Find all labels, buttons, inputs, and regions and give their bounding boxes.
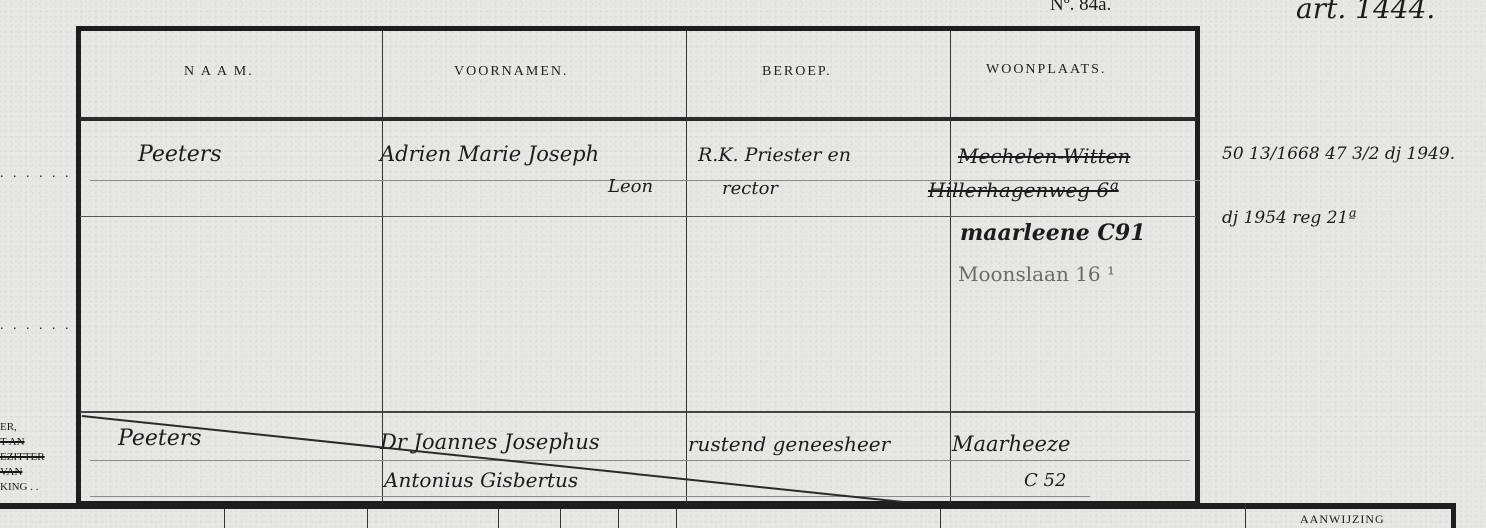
form-number: Nº. 84a. — [1050, 0, 1111, 16]
left-label-line: VAN — [0, 465, 45, 480]
margin-note-1: 50 13/1668 47 3/2 dj 1949. — [1222, 144, 1455, 164]
bottom-table-border — [0, 503, 1456, 509]
left-label-line: ER, — [0, 420, 45, 435]
header-voornamen: VOORNAMEN. — [454, 64, 569, 80]
left-label-line: T AN — [0, 435, 45, 450]
bottom-column-divider — [560, 509, 561, 528]
row-divider — [80, 216, 1196, 217]
bottom-column-divider — [224, 509, 225, 528]
left-margin-label: ER, T AN EZITTER VAN KING . . — [0, 420, 45, 495]
record-1-woonplaats-pencil: Moonslaan 16 ¹ — [958, 262, 1115, 286]
record-1-beroep-line1: R.K. Priester en — [698, 144, 851, 166]
bottom-column-divider — [367, 509, 368, 528]
record-1-beroep-line2: rector — [722, 178, 778, 199]
record-1-voornamen-line1: Adrien Marie Joseph — [380, 142, 599, 166]
header-divider — [80, 117, 1196, 121]
record-1-woonplaats-line3: maarleene C91 — [960, 220, 1146, 246]
header-naam: N A A M. — [184, 64, 254, 80]
header-woonplaats: WOONPLAATS. — [986, 62, 1106, 78]
left-margin-dots-1: . . . . . . — [0, 166, 72, 182]
left-margin-dots-2: . . . . . . — [0, 318, 72, 334]
article-annotation: art. 1444. — [1296, 0, 1435, 25]
bottom-column-divider — [618, 509, 619, 528]
aanwijzing-label: AANWIJZING — [1300, 512, 1385, 527]
bottom-column-divider — [498, 509, 499, 528]
left-label-line: KING . . — [0, 480, 45, 495]
left-label-line: EZITTER — [0, 450, 45, 465]
record-1-woonplaats-struck-2: Hillerhagenweg 6ª — [928, 178, 1119, 202]
record-1-voornamen-line2: Leon — [608, 176, 653, 197]
margin-note-2: dj 1954 reg 21ª — [1222, 208, 1356, 228]
bottom-column-divider — [676, 509, 677, 528]
record-1-woonplaats-struck-1: Mechelen-Witten — [958, 144, 1130, 168]
record-1-naam: Peeters — [138, 142, 222, 167]
cancellation-line — [80, 410, 1220, 510]
bottom-column-divider — [940, 509, 941, 528]
header-beroep: BEROEP. — [762, 64, 832, 80]
